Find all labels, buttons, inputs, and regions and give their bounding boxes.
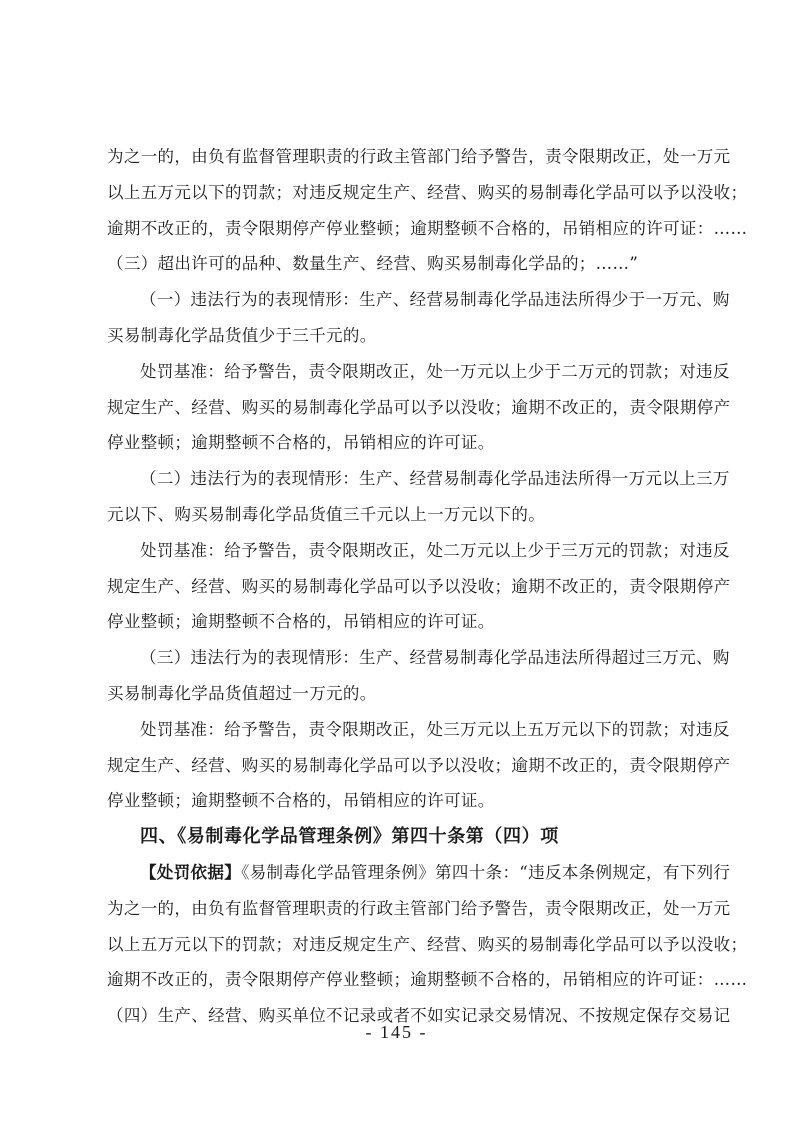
penalty-basis: 【处罚依据】《易制毒化学品管理条例》第四十条：“违反本条例规定，有下列行 为之一… (107, 855, 697, 1034)
case-standard: 处罚基准：给予警告，责令限期改正，处三万元以上五万元以下的罚款；对违反 规定生产… (107, 712, 697, 819)
basis-first-line: 《易制毒化学品管理条例》第四十条：“违反本条例规定，有下列行 (241, 863, 730, 882)
case-3: （三）违法行为的表现情形：生产、经营易制毒化学品违法所得超过三万元、购 买易制毒… (107, 640, 697, 819)
text-line: （三）违法行为的表现情形：生产、经营易制毒化学品违法所得超过三万元、购 (107, 640, 697, 676)
text-line: 【处罚依据】《易制毒化学品管理条例》第四十条：“违反本条例规定，有下列行 (107, 855, 697, 891)
body-text: 为之一的，由负有监督管理职责的行政主管部门给予警告，责令限期改正，处一万元 以上… (107, 139, 697, 1034)
case-situation: （三）违法行为的表现情形：生产、经营易制毒化学品违法所得超过三万元、购 买易制毒… (107, 640, 697, 712)
text-line: 规定生产、经营、购买的易制毒化学品可以予以没收；逾期不改正的，责令限期停产 (107, 569, 697, 605)
text-line: 规定生产、经营、购买的易制毒化学品可以予以没收；逾期不改正的，责令限期停产 (107, 390, 697, 426)
text-line: 逾期不改正的，责令限期停产停业整顿；逾期整顿不合格的，吊销相应的许可证：…… (107, 211, 697, 247)
basis-label: 【处罚依据】 (140, 863, 241, 882)
text-line: 为之一的，由负有监督管理职责的行政主管部门给予警告，责令限期改正，处一万元 (107, 139, 697, 175)
text-line: 处罚基准：给予警告，责令限期改正，处二万元以上少于三万元的罚款；对违反 (107, 533, 697, 569)
continued-paragraph: 为之一的，由负有监督管理职责的行政主管部门给予警告，责令限期改正，处一万元 以上… (107, 139, 697, 282)
section-heading: 四、《易制毒化学品管理条例》第四十条第（四）项 (107, 819, 697, 855)
case-situation: （二）违法行为的表现情形：生产、经营易制毒化学品违法所得一万元以上三万 元以下、… (107, 461, 697, 533)
page-number: - 145 - (0, 1022, 793, 1043)
text-line: （一）违法行为的表现情形：生产、经营易制毒化学品违法所得少于一万元、购 (107, 282, 697, 318)
text-line: 停业整顿；逾期整顿不合格的，吊销相应的许可证。 (107, 425, 697, 461)
text-line: 以上五万元以下的罚款；对违反规定生产、经营、购买的易制毒化学品可以予以没收； (107, 927, 697, 963)
text-line: 停业整顿；逾期整顿不合格的，吊销相应的许可证。 (107, 604, 697, 640)
text-line: 为之一的，由负有监督管理职责的行政主管部门给予警告，责令限期改正，处一万元 (107, 891, 697, 927)
text-line: 逾期不改正的，责令限期停产停业整顿；逾期整顿不合格的，吊销相应的许可证：…… (107, 962, 697, 998)
case-situation: （一）违法行为的表现情形：生产、经营易制毒化学品违法所得少于一万元、购 买易制毒… (107, 282, 697, 354)
text-line: 处罚基准：给予警告，责令限期改正，处三万元以上五万元以下的罚款；对违反 (107, 712, 697, 748)
case-standard: 处罚基准：给予警告，责令限期改正，处二万元以上少于三万元的罚款；对违反 规定生产… (107, 533, 697, 640)
case-2: （二）违法行为的表现情形：生产、经营易制毒化学品违法所得一万元以上三万 元以下、… (107, 461, 697, 640)
text-line: 买易制毒化学品货值超过一万元的。 (107, 676, 697, 712)
text-line: （二）违法行为的表现情形：生产、经营易制毒化学品违法所得一万元以上三万 (107, 461, 697, 497)
text-line: 以上五万元以下的罚款；对违反规定生产、经营、购买的易制毒化学品可以予以没收； (107, 175, 697, 211)
text-line: 买易制毒化学品货值少于三千元的。 (107, 318, 697, 354)
text-line: 规定生产、经营、购买的易制毒化学品可以予以没收；逾期不改正的，责令限期停产 (107, 748, 697, 784)
text-line: 停业整顿；逾期整顿不合格的，吊销相应的许可证。 (107, 783, 697, 819)
document-page: 为之一的，由负有监督管理职责的行政主管部门给予警告，责令限期改正，处一万元 以上… (0, 0, 793, 1122)
text-line: 处罚基准：给予警告，责令限期改正，处一万元以上少于二万元的罚款；对违反 (107, 354, 697, 390)
case-standard: 处罚基准：给予警告，责令限期改正，处一万元以上少于二万元的罚款；对违反 规定生产… (107, 354, 697, 461)
case-1: （一）违法行为的表现情形：生产、经营易制毒化学品违法所得少于一万元、购 买易制毒… (107, 282, 697, 461)
text-line: （三）超出许可的品种、数量生产、经营、购买易制毒化学品的；……” (107, 246, 697, 282)
text-line: 元以下、购买易制毒化学品货值三千元以上一万元以下的。 (107, 497, 697, 533)
